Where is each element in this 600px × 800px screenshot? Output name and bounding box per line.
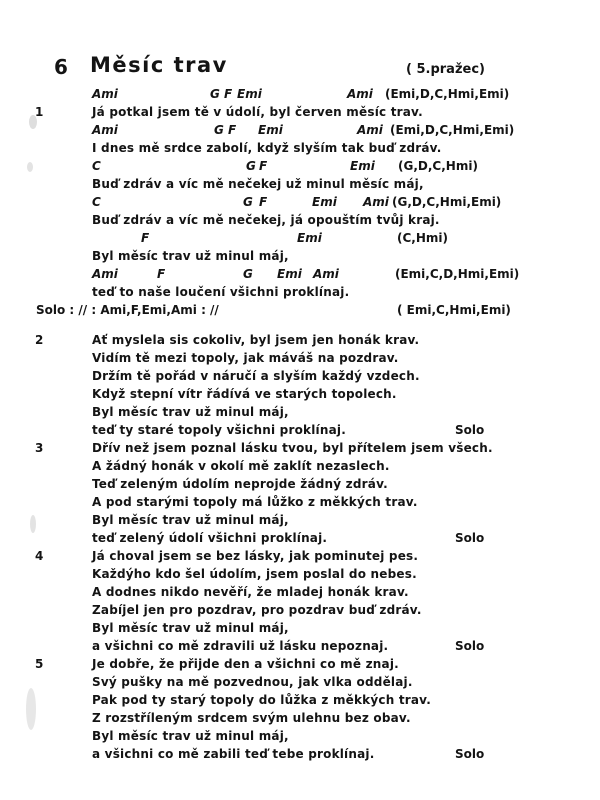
verse-number: 3 (35, 440, 43, 456)
chord: Ami (92, 122, 118, 138)
lyric-line: Pak pod ty starý topoly do lůžka z měkký… (0, 692, 600, 710)
solo-marker: Solo (455, 638, 484, 654)
lyric-text: Je dobře, že přijde den a všichni co mě … (92, 656, 399, 672)
scan-artifact (27, 162, 33, 172)
lyric-line: Když stepní vítr řádívá ve starých topol… (0, 386, 600, 404)
alt-chords: (Emi,D,C,Hmi,Emi) (390, 122, 514, 138)
alt-chords: (C,Hmi) (397, 230, 448, 246)
lyric-line: 3Dřív než jsem poznal lásku tvou, byl př… (0, 440, 600, 458)
lyric-text: I dnes mě srdce zabolí, když slyším tak … (92, 140, 441, 156)
lyric-line: A pod starými topoly má lůžko z měkkých … (0, 494, 600, 512)
lyric-line: Byl měsíc trav už minul máj, (0, 620, 600, 638)
chords-line: CGFEmi(G,D,C,Hmi) (0, 158, 600, 176)
lyric-line: Vidím tě mezi topoly, jak máváš na pozdr… (0, 350, 600, 368)
chord: Emi (350, 158, 375, 174)
lyric-text: Každýho kdo šel údolím, jsem poslal do n… (92, 566, 417, 582)
lyric-line: 1Já potkal jsem tě v údolí, byl červen m… (0, 104, 600, 122)
lyric-text: A žádný honák v okolí mě zaklít nezaslec… (92, 458, 390, 474)
lyric-line: a všichni co mě zdravili už lásku nepozn… (0, 638, 600, 656)
chord: F (228, 122, 236, 138)
chord: Ami (92, 86, 118, 102)
lyric-line: A žádný honák v okolí mě zaklít nezaslec… (0, 458, 600, 476)
chord: G (243, 266, 253, 282)
lyric-text: Byl měsíc trav už minul máj, (92, 248, 289, 264)
chords-line: AmiFGEmiAmi(Emi,C,D,Hmi,Emi) (0, 266, 600, 284)
lyric-line: Byl měsíc trav už minul máj, (0, 248, 600, 266)
lyric-text: Pak pod ty starý topoly do lůžka z měkký… (92, 692, 431, 708)
lyric-text: Já choval jsem se bez lásky, jak pominut… (92, 548, 418, 564)
lyric-line: Zabíjel jen pro pozdrav, pro pozdrav buď… (0, 602, 600, 620)
alt-chords: (G,D,C,Hmi,Emi) (392, 194, 501, 210)
lyric-line: Teď zeleným údolím neprojde žádný zdráv. (0, 476, 600, 494)
lyric-line: Byl měsíc trav už minul máj, (0, 512, 600, 530)
chord: Emi (237, 86, 262, 102)
lyric-text: Zabíjel jen pro pozdrav, pro pozdrav buď… (92, 602, 422, 618)
chord: G (243, 194, 253, 210)
songbook-page: 6 Měsíc trav ( 5.pražec) AmiGFEmiAmi(Emi… (0, 0, 600, 800)
lyric-text: Držím tě pořád v náručí a slyším každý v… (92, 368, 420, 384)
lyric-line: Každýho kdo šel údolím, jsem poslal do n… (0, 566, 600, 584)
lyric-line: teď ty staré topoly všichni proklínaj.So… (0, 422, 600, 440)
chords-line: AmiGFEmiAmi(Emi,D,C,Hmi,Emi) (0, 122, 600, 140)
lyric-line: 4Já choval jsem se bez lásky, jak pominu… (0, 548, 600, 566)
lyric-text: Ať myslela sis cokoliv, byl jsem jen hon… (92, 332, 419, 348)
scan-artifact (29, 115, 37, 129)
verse-number: 5 (35, 656, 43, 672)
scan-artifact (26, 688, 36, 730)
chord: Ami (363, 194, 389, 210)
lyric-line: Byl měsíc trav už minul máj, (0, 728, 600, 746)
solo-marker: Solo (455, 530, 484, 546)
chord: Emi (312, 194, 337, 210)
spacer (0, 320, 600, 332)
lyric-text: Když stepní vítr řádívá ve starých topol… (92, 386, 397, 402)
chord: G (210, 86, 220, 102)
solo-marker: Solo (455, 422, 484, 438)
lyric-line: A dodnes nikdo nevěří, že mladej honák k… (0, 584, 600, 602)
lyric-text: Byl měsíc trav už minul máj, (92, 512, 289, 528)
lyric-line: Buď zdráv a víc mě nečekej už minul měsí… (0, 176, 600, 194)
chord: Ami (357, 122, 383, 138)
verse-number: 4 (35, 548, 43, 564)
lyric-text: Svý pušky na mě pozvednou, jak vlka oddě… (92, 674, 413, 690)
solo-marker: Solo (455, 746, 484, 762)
lyric-text: Vidím tě mezi topoly, jak máváš na pozdr… (92, 350, 399, 366)
lyric-text: Z rozstříleným srdcem svým ulehnu bez ob… (92, 710, 411, 726)
lyric-line: 5Je dobře, že přijde den a všichni co mě… (0, 656, 600, 674)
chords-line: AmiGFEmiAmi(Emi,D,C,Hmi,Emi) (0, 86, 600, 104)
chord: Ami (313, 266, 339, 282)
lyric-line: I dnes mě srdce zabolí, když slyším tak … (0, 140, 600, 158)
lyric-line: Z rozstříleným srdcem svým ulehnu bez ob… (0, 710, 600, 728)
lyric-text: Byl měsíc trav už minul máj, (92, 404, 289, 420)
lyric-text: a všichni co mě zabili teď tebe proklína… (92, 746, 374, 762)
lyric-line: a všichni co mě zabili teď tebe proklína… (0, 746, 600, 764)
lyric-text: A dodnes nikdo nevěří, že mladej honák k… (92, 584, 409, 600)
lyric-line: teď to naše loučení všichni proklínaj. (0, 284, 600, 302)
chord: Emi (277, 266, 302, 282)
lyric-text: teď zelený údolí všichni proklínaj. (92, 530, 327, 546)
alt-chords: (G,D,C,Hmi) (398, 158, 478, 174)
chord: F (157, 266, 165, 282)
chord: F (259, 194, 267, 210)
chord: G (214, 122, 224, 138)
lyric-text: Buď zdráv a víc mě nečekej, já opouštím … (92, 212, 440, 228)
chords-line: FEmi(C,Hmi) (0, 230, 600, 248)
lyric-text: teď ty staré topoly všichni proklínaj. (92, 422, 346, 438)
chord: C (92, 194, 101, 210)
chords-line: CGFEmiAmi(G,D,C,Hmi,Emi) (0, 194, 600, 212)
alt-chords: (Emi,C,D,Hmi,Emi) (395, 266, 519, 282)
lyric-text: Byl měsíc trav už minul máj, (92, 620, 289, 636)
solo-line: Solo : // : Ami,F,Emi,Ami : //( Emi,C,Hm… (0, 302, 600, 320)
lyric-line: teď zelený údolí všichni proklínaj.Solo (0, 530, 600, 548)
lyric-text: A pod starými topoly má lůžko z měkkých … (92, 494, 418, 510)
lyric-line: Svý pušky na mě pozvednou, jak vlka oddě… (0, 674, 600, 692)
lyric-line: Byl měsíc trav už minul máj, (0, 404, 600, 422)
song-number: 6 (54, 55, 68, 79)
chord: Ami (347, 86, 373, 102)
verse-number: 2 (35, 332, 43, 348)
alt-chords: (Emi,D,C,Hmi,Emi) (385, 86, 509, 102)
chord: Emi (297, 230, 322, 246)
chord: C (92, 158, 101, 174)
chord: F (141, 230, 149, 246)
chord: Ami (92, 266, 118, 282)
song-title: Měsíc trav (90, 53, 228, 77)
chord: G (246, 158, 256, 174)
chord: F (259, 158, 267, 174)
song-body: AmiGFEmiAmi(Emi,D,C,Hmi,Emi)1Já potkal j… (0, 86, 600, 764)
lyric-text: Dřív než jsem poznal lásku tvou, byl pří… (92, 440, 493, 456)
lyric-line: Buď zdráv a víc mě nečekej, já opouštím … (0, 212, 600, 230)
capo-note: ( 5.pražec) (406, 62, 485, 77)
alt-chords: ( Emi,C,Hmi,Emi) (397, 302, 511, 318)
lyric-text: teď to naše loučení všichni proklínaj. (92, 284, 349, 300)
lyric-line: 2Ať myslela sis cokoliv, byl jsem jen ho… (0, 332, 600, 350)
lyric-text: Já potkal jsem tě v údolí, byl červen mě… (92, 104, 423, 120)
chord: Emi (258, 122, 283, 138)
scan-artifact (30, 515, 36, 533)
chord: F (224, 86, 232, 102)
solo-riff: Solo : // : Ami,F,Emi,Ami : // (36, 302, 219, 318)
lyric-text: Teď zeleným údolím neprojde žádný zdráv. (92, 476, 388, 492)
lyric-text: Buď zdráv a víc mě nečekej už minul měsí… (92, 176, 424, 192)
lyric-text: a všichni co mě zdravili už lásku nepozn… (92, 638, 388, 654)
lyric-line: Držím tě pořád v náručí a slyším každý v… (0, 368, 600, 386)
lyric-text: Byl měsíc trav už minul máj, (92, 728, 289, 744)
